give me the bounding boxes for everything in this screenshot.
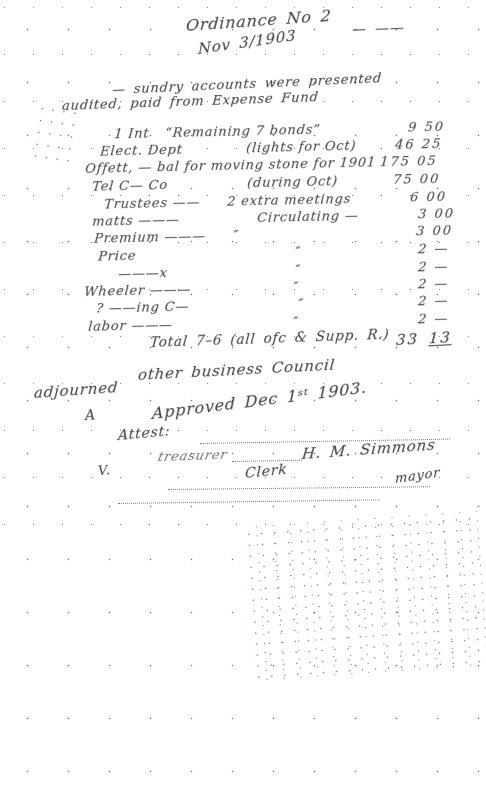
clerk-label: Clerk [245, 461, 288, 482]
item-description: ———x [117, 266, 168, 282]
mayor-label: mayor [395, 466, 441, 488]
scanned-minutes-page: Ordinance No 2 — —— Nov 3/1903 — sundry … [0, 0, 486, 800]
item-description: labor ——— [88, 318, 174, 335]
item-description: Wheeler ——— [84, 282, 192, 299]
scan-noise-patch [240, 510, 486, 684]
item-description: ? ——ing C— [96, 299, 190, 316]
item-detail: (during Oct) [246, 174, 338, 191]
signature-dotted-rule [118, 499, 380, 504]
closing-line-1: other business Council [137, 356, 336, 384]
item-amount: 6 00 [409, 190, 447, 206]
item-description: Trustees —— [103, 195, 200, 212]
margin-initial: V. [97, 463, 111, 479]
item-detail: 2 extra meetings [226, 192, 351, 210]
item-amount: 3 00 [415, 223, 453, 239]
closing-line-2: adjourned [33, 378, 118, 402]
approved-date-line: Approved Dec 1ˢᵗ 1903. [152, 378, 367, 424]
item-description: matts ——— [92, 213, 181, 230]
ditto-mark: ″ [294, 263, 301, 278]
total-cents: 13 [428, 328, 452, 347]
item-amount: 2 — [417, 260, 450, 276]
item-amount: 3 00 [417, 206, 455, 222]
intro-line-2: audited, paid from Expense Fund [61, 90, 319, 114]
treasurer-signature-scrawl: treasurer [156, 448, 228, 466]
item-detail: (lights for Oct) [245, 139, 356, 157]
item-description: Elect. Dept [100, 143, 184, 160]
total-amount: 33 13 [396, 328, 453, 349]
item-detail: Circulating — [256, 209, 359, 226]
item-amount: 175 05 [379, 154, 438, 170]
treasurer-dotted-leader [232, 460, 302, 462]
item-amount: 2 — [417, 277, 450, 293]
attest-label: Attest: [118, 423, 171, 444]
item-detail: “Remaining 7 bonds” [164, 122, 321, 141]
ditto-mark: ″ [292, 280, 299, 295]
ditto-mark: ″ [297, 297, 304, 312]
ditto-mark: ″ [232, 228, 239, 243]
item-amount: 2 — [417, 242, 450, 258]
ditto-mark: ″ [294, 245, 301, 260]
item-amount: 9 50 [407, 120, 445, 136]
item-description: Price [98, 249, 137, 265]
ditto-mark: ″ [292, 315, 299, 330]
item-amount: 75 00 [392, 172, 440, 188]
item-description: Premium ——— [94, 229, 207, 247]
item-description: 1 Int [113, 126, 149, 142]
item-amount: 46 25 [394, 137, 442, 153]
approved-margin-mark: A [84, 407, 96, 424]
heading-dashes: — —— [352, 20, 405, 38]
item-amount: 2 — [417, 312, 450, 328]
item-amount: 2 — [417, 294, 450, 310]
signature-dotted-rule [168, 486, 430, 490]
item-description: Tel C— Co [92, 178, 169, 195]
total-dollars: 33 [396, 330, 420, 349]
